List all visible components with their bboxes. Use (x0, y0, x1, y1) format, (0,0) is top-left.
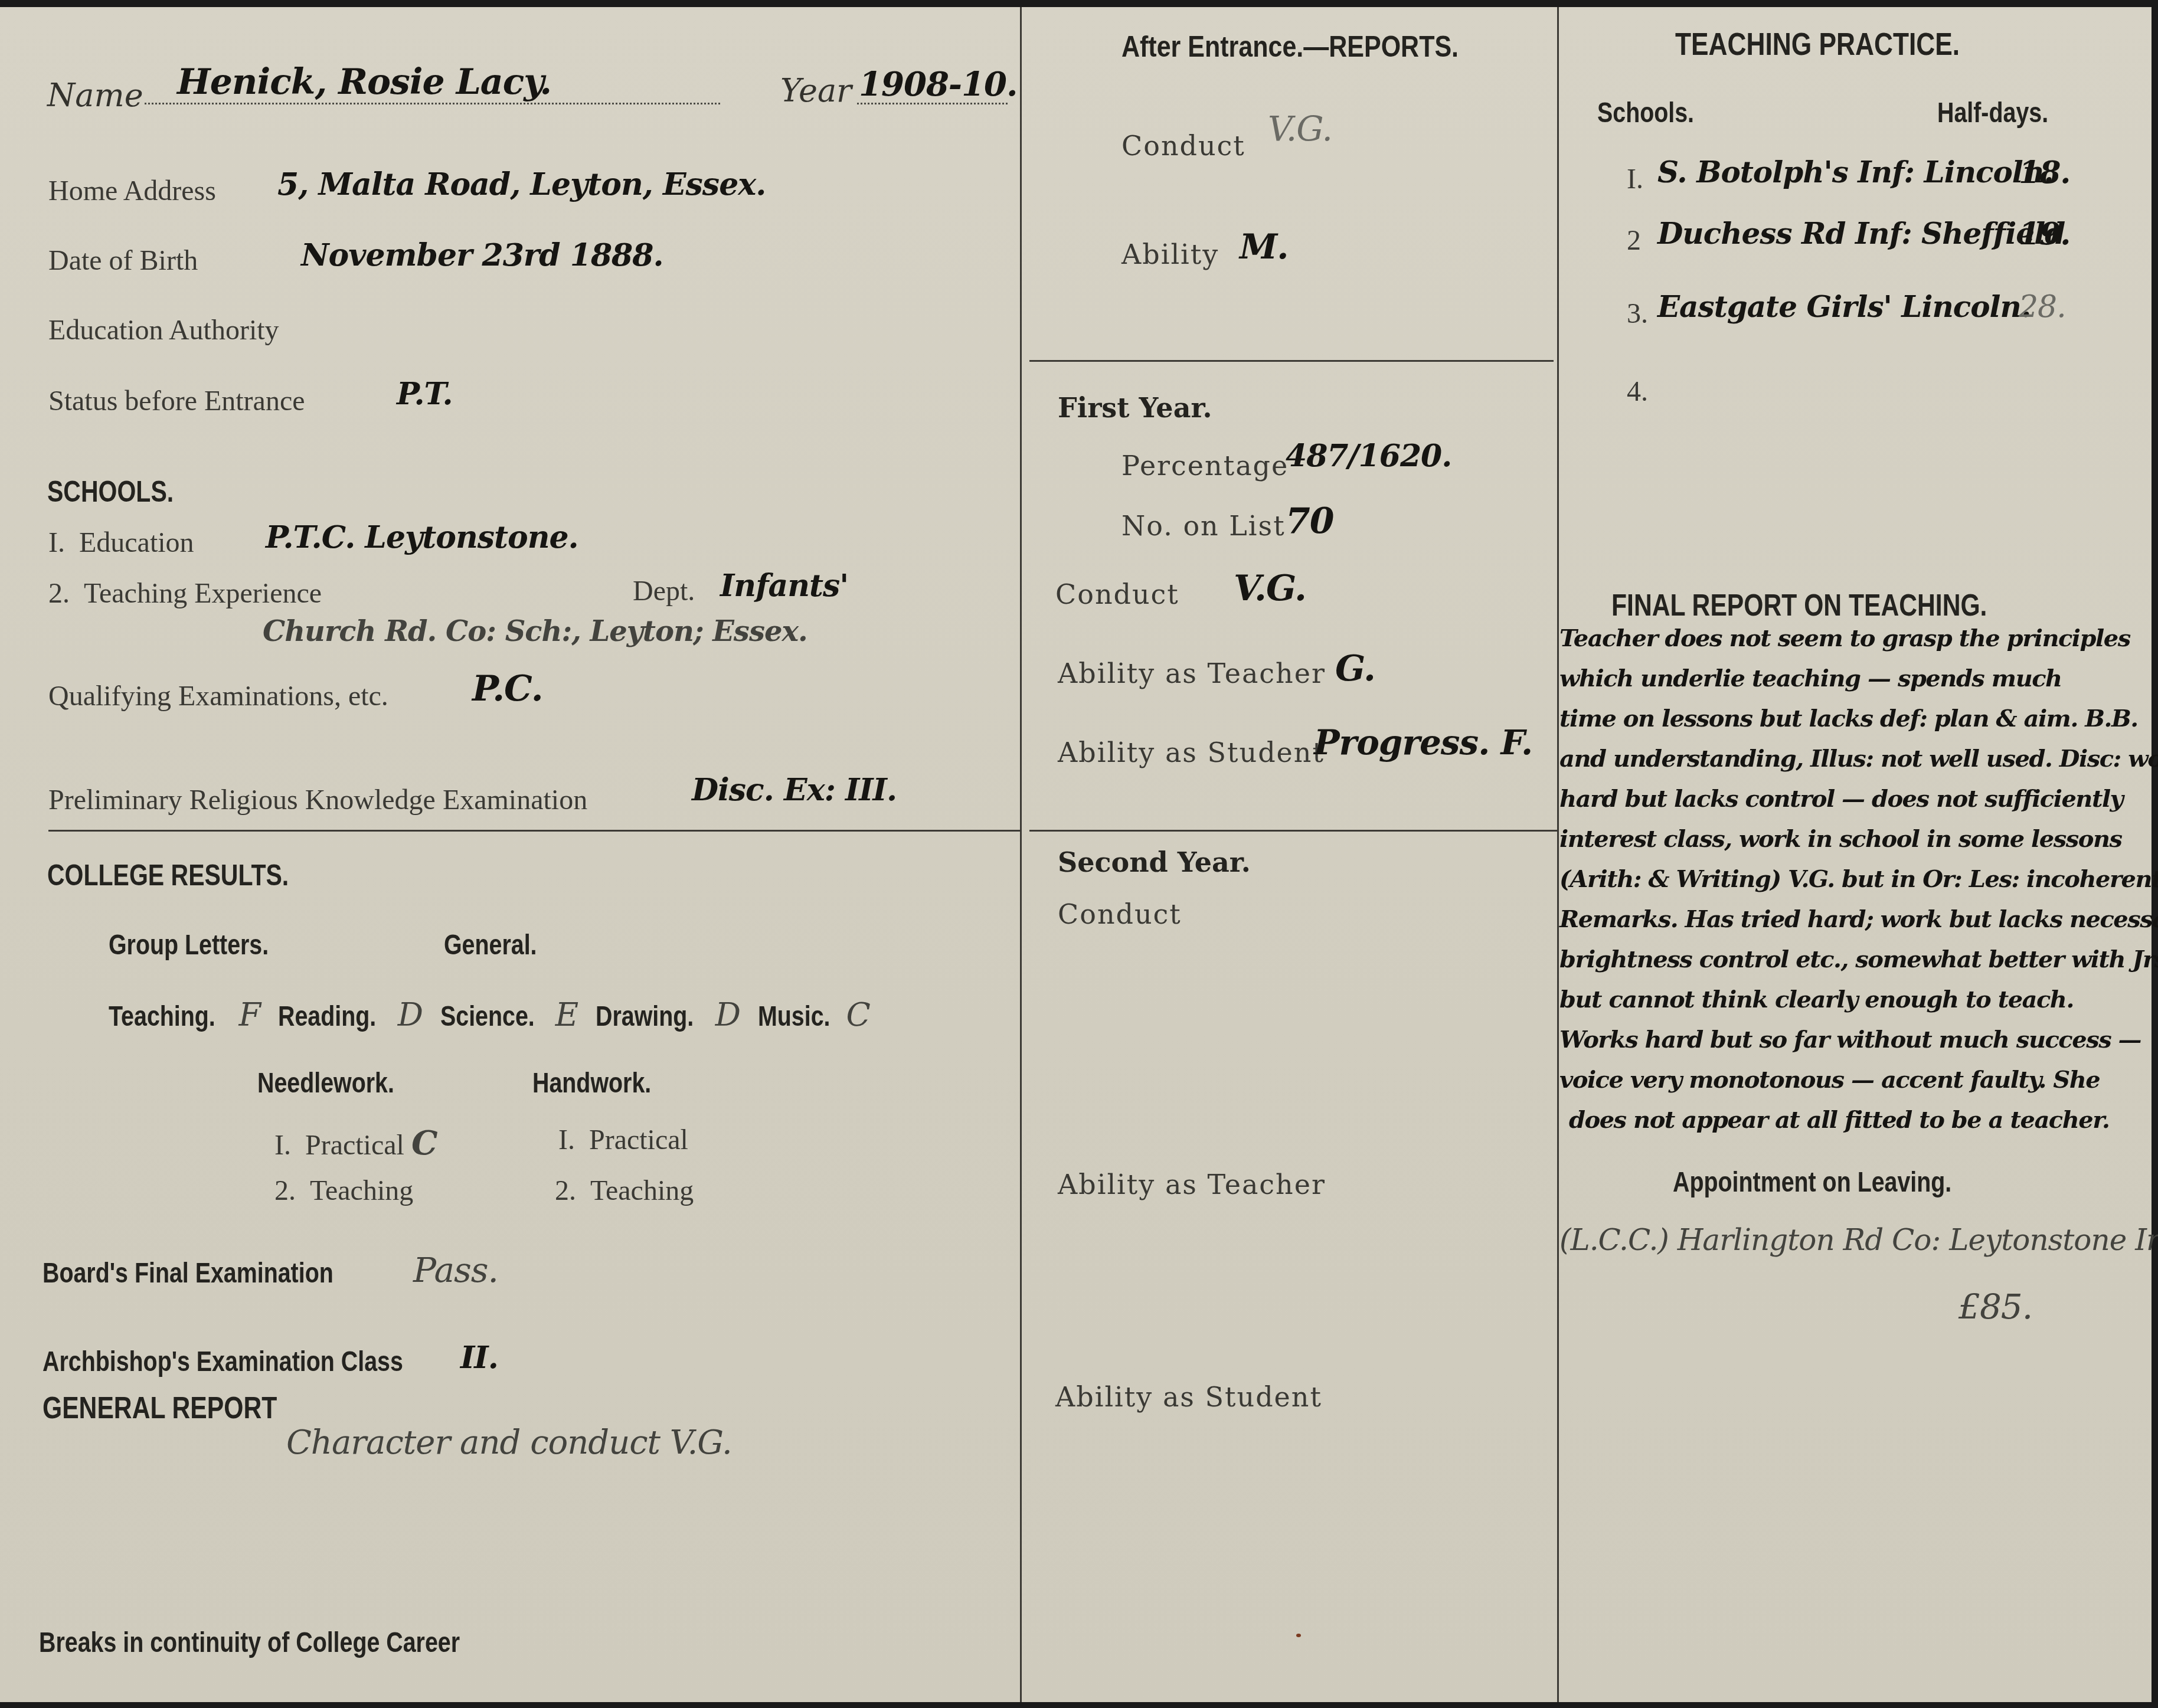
first-year-heading: First Year. (1058, 392, 1212, 424)
percentage-field[interactable]: 487/1620. (1286, 438, 1451, 474)
first-year-ability-teacher-label: Ability as Teacher (1058, 657, 1326, 689)
after-entrance-conduct-field[interactable]: V.G. (1268, 109, 1332, 149)
general-label: General. (444, 929, 537, 961)
dob-field[interactable]: November 23rd 1888. (301, 237, 663, 273)
final-report-line: but cannot think clearly enough to teach… (1559, 986, 2074, 1013)
subject-grade[interactable]: D (398, 996, 423, 1033)
subject-label: Teaching. (109, 1000, 215, 1033)
teaching-practice-num: I. (1627, 163, 1643, 195)
handwork-teaching-label: Teaching (590, 1175, 694, 1206)
year-field[interactable]: 1908-10. (859, 65, 1018, 104)
final-report-line: hard but lacks control — does not suffic… (1559, 785, 2123, 813)
teaching-num: 2. (48, 578, 70, 609)
needlework-label: Needlework. (257, 1067, 394, 1100)
dept-field[interactable]: Infants' (720, 568, 848, 604)
status-field[interactable]: P.T. (397, 376, 453, 412)
subject-label: Music. (758, 1000, 830, 1033)
final-report-line: and understanding, Illus: not well used.… (1559, 745, 2158, 773)
boards-final-field[interactable]: Pass. (413, 1250, 498, 1290)
final-report-line: Remarks. Has tried hard; work but lacks … (1559, 905, 2158, 933)
appointment-salary[interactable]: £85. (1958, 1287, 2032, 1327)
handwork-practical-label: Practical (589, 1124, 688, 1156)
after-entrance-heading: After Entrance.—REPORTS. (1121, 30, 1459, 64)
name-dotted-line (145, 103, 720, 104)
column-divider-2 (1557, 7, 1559, 1702)
student-record-card: Name Henick, Rosie Lacy. Year 1908-10. H… (0, 7, 2152, 1702)
final-report-line: time on lessons but lacks def: plan & ai… (1559, 705, 2138, 732)
second-year-heading: Second Year. (1058, 846, 1251, 878)
breaks-label: Breaks in continuity of College Career (39, 1627, 460, 1659)
final-report-line: Teacher does not seem to grasp the princ… (1559, 624, 2130, 652)
archbishop-label: Archbishop's Examination Class (42, 1346, 403, 1378)
no-on-list-field[interactable]: 70 (1286, 500, 1334, 542)
handwork-practical-row: I. Practical (558, 1124, 688, 1156)
first-year-ability-teacher-field[interactable]: G. (1335, 648, 1375, 689)
second-year-ability-teacher-label: Ability as Teacher (1058, 1169, 1326, 1200)
after-entrance-conduct-label: Conduct (1121, 130, 1245, 162)
teaching-experience-field[interactable]: Church Rd. Co: Sch:, Leyton; Essex. (263, 615, 807, 648)
section-divider-left (48, 830, 1021, 832)
dob-label: Date of Birth (48, 244, 198, 277)
percentage-label: Percentage (1121, 450, 1289, 482)
religious-exam-label: Preliminary Religious Knowledge Examinat… (48, 784, 587, 816)
college-results-heading: COLLEGE RESULTS. (47, 858, 289, 892)
name-row: Name (47, 77, 143, 114)
needlework-practical-num: I. (274, 1130, 291, 1161)
teaching-experience-row: 2. Teaching Experience (48, 577, 322, 610)
column-divider-1 (1020, 7, 1022, 1702)
dept-label: Dept. (633, 575, 695, 607)
religious-exam-field[interactable]: Disc. Ex: III. (692, 772, 897, 808)
first-year-ability-student-field[interactable]: Progress. F. (1314, 722, 1532, 763)
handwork-teaching-row: 2. Teaching (555, 1174, 694, 1207)
subject-label: Reading. (278, 1000, 376, 1033)
needlework-practical-grade[interactable]: C (411, 1124, 437, 1163)
final-report-line: interest class, work in school in some l… (1559, 825, 2122, 853)
teaching-practice-half-days[interactable]: 28. (2019, 289, 2066, 325)
teaching-practice-num: 3. (1627, 297, 1648, 330)
subject-label: Drawing. (596, 1000, 694, 1033)
teaching-practice-school[interactable]: Eastgate Girls' Lincoln. (1657, 289, 2031, 324)
name-label: Name (47, 77, 143, 114)
education-field[interactable]: P.T.C. Leytonstone. (266, 519, 578, 555)
name-field[interactable]: Henick, Rosie Lacy. (177, 61, 551, 103)
teaching-practice-heading: TEACHING PRACTICE. (1675, 26, 1960, 63)
appointment-field[interactable]: (L.C.C.) Harlington Rd Co: Leytonstone I… (1559, 1223, 2158, 1257)
qualifying-field[interactable]: P.C. (472, 668, 543, 709)
education-authority-label: Education Authority (48, 314, 279, 346)
subject-grade[interactable]: E (555, 996, 578, 1033)
half-days-column-label: Half-days. (1937, 97, 2048, 129)
first-year-conduct-field[interactable]: V.G. (1234, 568, 1306, 609)
second-year-conduct-label: Conduct (1058, 898, 1182, 930)
after-entrance-ability-label: Ability (1121, 238, 1219, 270)
schools-column-label: Schools. (1597, 97, 1694, 129)
subject-grade[interactable]: C (846, 996, 870, 1033)
subject-label: Science. (440, 1000, 535, 1033)
subject-grade[interactable]: D (715, 996, 740, 1033)
general-report-field[interactable]: Character and conduct V.G. (286, 1424, 732, 1462)
ink-spot (1296, 1634, 1301, 1637)
teaching-experience-label: Teaching Experience (84, 578, 322, 609)
handwork-teaching-num: 2. (555, 1175, 576, 1206)
needlework-practical-label: Practical (305, 1130, 404, 1161)
teaching-practice-school[interactable]: Duchess Rd Inf: Sheffield (1657, 216, 2065, 251)
needlework-teaching-label: Teaching (310, 1175, 413, 1206)
needlework-teaching-num: 2. (274, 1175, 296, 1206)
education-label: Education (79, 527, 194, 558)
handwork-label: Handwork. (532, 1067, 651, 1100)
year-label: Year (780, 72, 852, 109)
home-address-field[interactable]: 5, Malta Road, Leyton, Essex. (277, 166, 766, 202)
teaching-practice-num: 4. (1627, 375, 1648, 408)
archbishop-field[interactable]: II. (460, 1340, 498, 1376)
qualifying-label: Qualifying Examinations, etc. (48, 680, 388, 712)
teaching-practice-school[interactable]: S. Botolph's Inf: Lincoln. (1657, 155, 2054, 189)
teaching-practice-half-days[interactable]: 19. (2019, 216, 2070, 252)
education-num: I. (48, 527, 65, 558)
subject-grades-row: Teaching.FReading.DScience.EDrawing.DMus… (109, 996, 888, 1033)
final-report-line: which underlie teaching — spends much (1559, 665, 2062, 692)
final-report-line: Works hard but so far without much succe… (1559, 1026, 2141, 1053)
appointment-label: Appointment on Leaving. (1673, 1166, 1951, 1199)
final-report-line: (Arith: & Writing) V.G. but in Or: Les: … (1559, 865, 2158, 893)
home-address-label: Home Address (48, 175, 216, 207)
section-divider-first-year (1029, 830, 1557, 832)
teaching-practice-half-days[interactable]: 18. (2019, 155, 2070, 191)
second-year-ability-student-label: Ability as Student (1055, 1381, 1322, 1413)
final-report-line: voice very monotonous — accent faulty. S… (1559, 1066, 2100, 1094)
schools-education-row: I. Education (48, 526, 194, 559)
final-report-line: brightness control etc., somewhat better… (1559, 945, 2158, 973)
group-letters-label: Group Letters. (109, 929, 269, 961)
teaching-practice-num: 2 (1627, 224, 1641, 257)
boards-final-label: Board's Final Examination (42, 1257, 333, 1290)
needlework-teaching-row: 2. Teaching (274, 1174, 413, 1207)
schools-heading: SCHOOLS. (47, 475, 174, 509)
handwork-practical-num: I. (558, 1124, 575, 1156)
final-report-heading: FINAL REPORT ON TEACHING. (1611, 588, 1987, 623)
after-entrance-ability-field[interactable]: M. (1240, 227, 1288, 267)
needlework-practical-row: I. Practical C (274, 1124, 437, 1163)
subject-grade[interactable]: F (238, 996, 260, 1033)
first-year-ability-student-label: Ability as Student (1058, 737, 1325, 768)
status-label: Status before Entrance (48, 385, 305, 417)
final-report-line: does not appear at all fitted to be a te… (1569, 1106, 2110, 1134)
first-year-conduct-label: Conduct (1055, 578, 1179, 610)
section-divider-after-entrance (1029, 360, 1554, 362)
no-on-list-label: No. on List (1121, 510, 1286, 542)
general-report-label: GENERAL REPORT (42, 1390, 277, 1426)
